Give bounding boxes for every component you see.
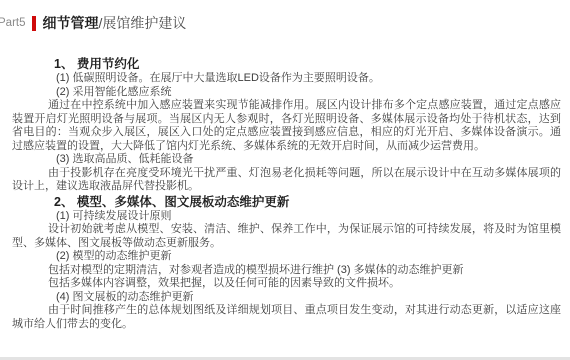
paragraph: 由于时间推移产生的总体规划图纸及详细规划项目、重点项目发生变动，对其进行动态更新… xyxy=(12,304,561,331)
sub-item: (1) 可持续发展设计原则 xyxy=(12,210,561,224)
red-accent-bar xyxy=(32,16,36,31)
slide-page: Part5 细节管理/展馆维护建议 1、 费用节约化(1) 低碳照明设备。在展厅… xyxy=(0,0,570,360)
sub-item: (2) 采用智能化感应系统 xyxy=(12,86,561,100)
paragraph: 通过在中控系统中加入感应装置来实现节能减排作用。展区内设计排布多个定点感应装置，… xyxy=(12,99,561,153)
paragraph: 包括对模型的定期清洁，对参观者造成的模型损坏进行维护 (3) 多媒体的动态维护更… xyxy=(12,264,561,278)
sub-item: (1) 低碳照明设备。在展厅中大量选取LED设备作为主要照明设备。 xyxy=(12,72,561,86)
section-heading: 2、 模型、多媒体、图文展板动态维护更新 xyxy=(12,194,561,210)
paragraph: 由于投影机存在亮度受环境光干扰严重、灯泡易老化损耗等问题，所以在展示设计中在互动… xyxy=(12,167,561,194)
slide-header: Part5 细节管理/展馆维护建议 xyxy=(0,13,186,33)
sub-item: (3) 选取高品质、低耗能设备 xyxy=(12,153,561,167)
part-label: Part5 xyxy=(0,17,26,29)
page-title-primary: 细节管理 xyxy=(43,13,99,33)
section-heading: 1、 费用节约化 xyxy=(12,56,561,72)
paragraph: 设计初始就考虑从模型、安装、清洁、维护、保养工作中，为保证展示馆的可持续发展，将… xyxy=(12,223,561,250)
page-title-secondary: /展馆维护建议 xyxy=(99,13,187,33)
sub-item: (2) 模型的动态维护更新 xyxy=(12,250,561,264)
sub-item: (4) 图文展板的动态维护更新 xyxy=(12,291,561,305)
paragraph: 包括多媒体内容调整，效果把握，以及任何可能的因素导致的文件损坏。 xyxy=(12,277,561,291)
content-area: 1、 费用节约化(1) 低碳照明设备。在展厅中大量选取LED设备作为主要照明设备… xyxy=(12,56,561,331)
